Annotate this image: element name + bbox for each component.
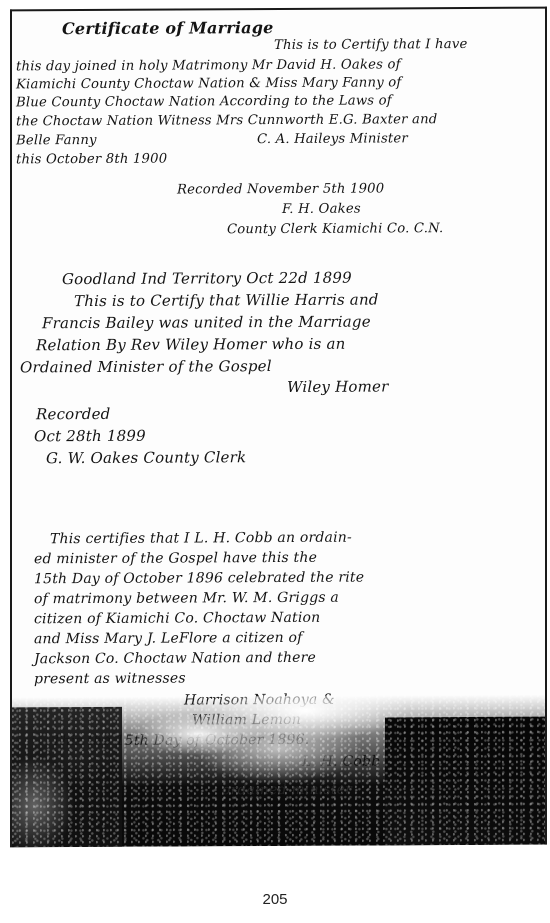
certificate-3-line: present as witnesses bbox=[34, 668, 186, 689]
certificate-2-heading: Goodland Ind Territory Oct 22d 1899 bbox=[62, 267, 352, 291]
scanned-ledger-page: Certificate of Marriage This is to Certi… bbox=[10, 7, 547, 848]
certificate-1-officiant: C. A. Haileys Minister bbox=[257, 129, 408, 149]
certificate-2-line: This is to Certify that Willie Harris an… bbox=[74, 288, 379, 312]
certificate-2-line: Ordained Minister of the Gospel bbox=[20, 355, 272, 378]
certificate-3: This certifies that I L. H. Cobb an orda… bbox=[12, 9, 545, 12]
certificate-1: Certificate of Marriage This is to Certi… bbox=[12, 9, 545, 12]
certificate-1-line: Belle Fanny bbox=[16, 131, 97, 150]
certificate-1-line: This is to Certify that I have bbox=[274, 35, 467, 55]
certificate-3-faded-text: ordained minister bbox=[222, 780, 352, 801]
certificate-1-title: Certificate of Marriage bbox=[62, 18, 274, 38]
scan-noise bbox=[12, 695, 545, 848]
certificate-2-line: Relation By Rev Wiley Homer who is an bbox=[36, 333, 345, 357]
certificate-2-recorded-date: Oct 28th 1899 bbox=[34, 425, 146, 448]
certificate-1-recorder-signature: F. H. Oakes bbox=[282, 200, 361, 219]
certificate-2-line: Francis Bailey was united in the Marriag… bbox=[42, 311, 371, 335]
certificate-3-line: ed minister of the Gospel have this the bbox=[34, 548, 317, 570]
certificate-1-recorded: Recorded November 5th 1900 bbox=[177, 179, 384, 199]
certificate-1-recorder-title: County Clerk Kiamichi Co. C.N. bbox=[227, 219, 443, 239]
certificate-1-line: the Choctaw Nation Witness Mrs Cunnworth… bbox=[16, 110, 437, 131]
certificate-1-line: Blue County Choctaw Nation According to … bbox=[16, 91, 392, 112]
certificate-1-date: this October 8th 1900 bbox=[16, 150, 167, 170]
certificate-3-line: of matrimony between Mr. W. M. Griggs a bbox=[34, 588, 339, 610]
certificate-2-signature: Wiley Homer bbox=[287, 375, 388, 398]
certificate-2: Goodland Ind Territory Oct 22d 1899 This… bbox=[12, 9, 545, 12]
certificate-3-line: 15th Day of October 1896 celebrated the … bbox=[34, 568, 364, 590]
certificate-3-line: citizen of Kiamichi Co. Choctaw Nation bbox=[34, 608, 320, 630]
page-number: 205 bbox=[0, 891, 550, 908]
certificate-3-line: This certifies that I L. H. Cobb an orda… bbox=[50, 528, 352, 550]
certificate-3-line: Jackson Co. Choctaw Nation and there bbox=[34, 648, 316, 670]
certificate-3-line: and Miss Mary J. LeFlore a citizen of bbox=[34, 628, 303, 650]
certificate-2-recorder: G. W. Oakes County Clerk bbox=[46, 446, 246, 469]
certificate-2-recorded-label: Recorded bbox=[36, 403, 110, 425]
